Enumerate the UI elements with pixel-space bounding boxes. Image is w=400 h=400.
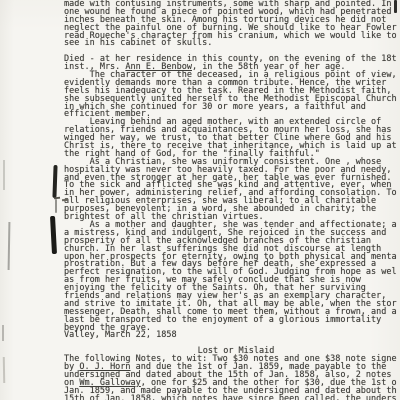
text-line: 15th of Jan. 1858, which notes have sinc…: [64, 396, 400, 400]
text-lines: made with contusing instruments, some wi…: [64, 1, 400, 400]
pen-mark: [55, 199, 57, 213]
scan-streak: [2, 325, 4, 341]
scan-streak: [8, 222, 10, 270]
scan-streak: [3, 160, 5, 190]
pen-mark: [50, 216, 57, 254]
text-line: see in his cabinet of skulls.: [64, 40, 400, 48]
scanned-document-page: made with contusing instruments, some wi…: [0, 0, 400, 400]
text-line: Valley, March 22, 1858: [64, 332, 400, 340]
document-text-column: made with contusing instruments, some wi…: [64, 1, 400, 400]
pen-mark: [52, 165, 57, 198]
dash-mark: [54, 197, 60, 199]
scan-streak: [3, 357, 5, 383]
